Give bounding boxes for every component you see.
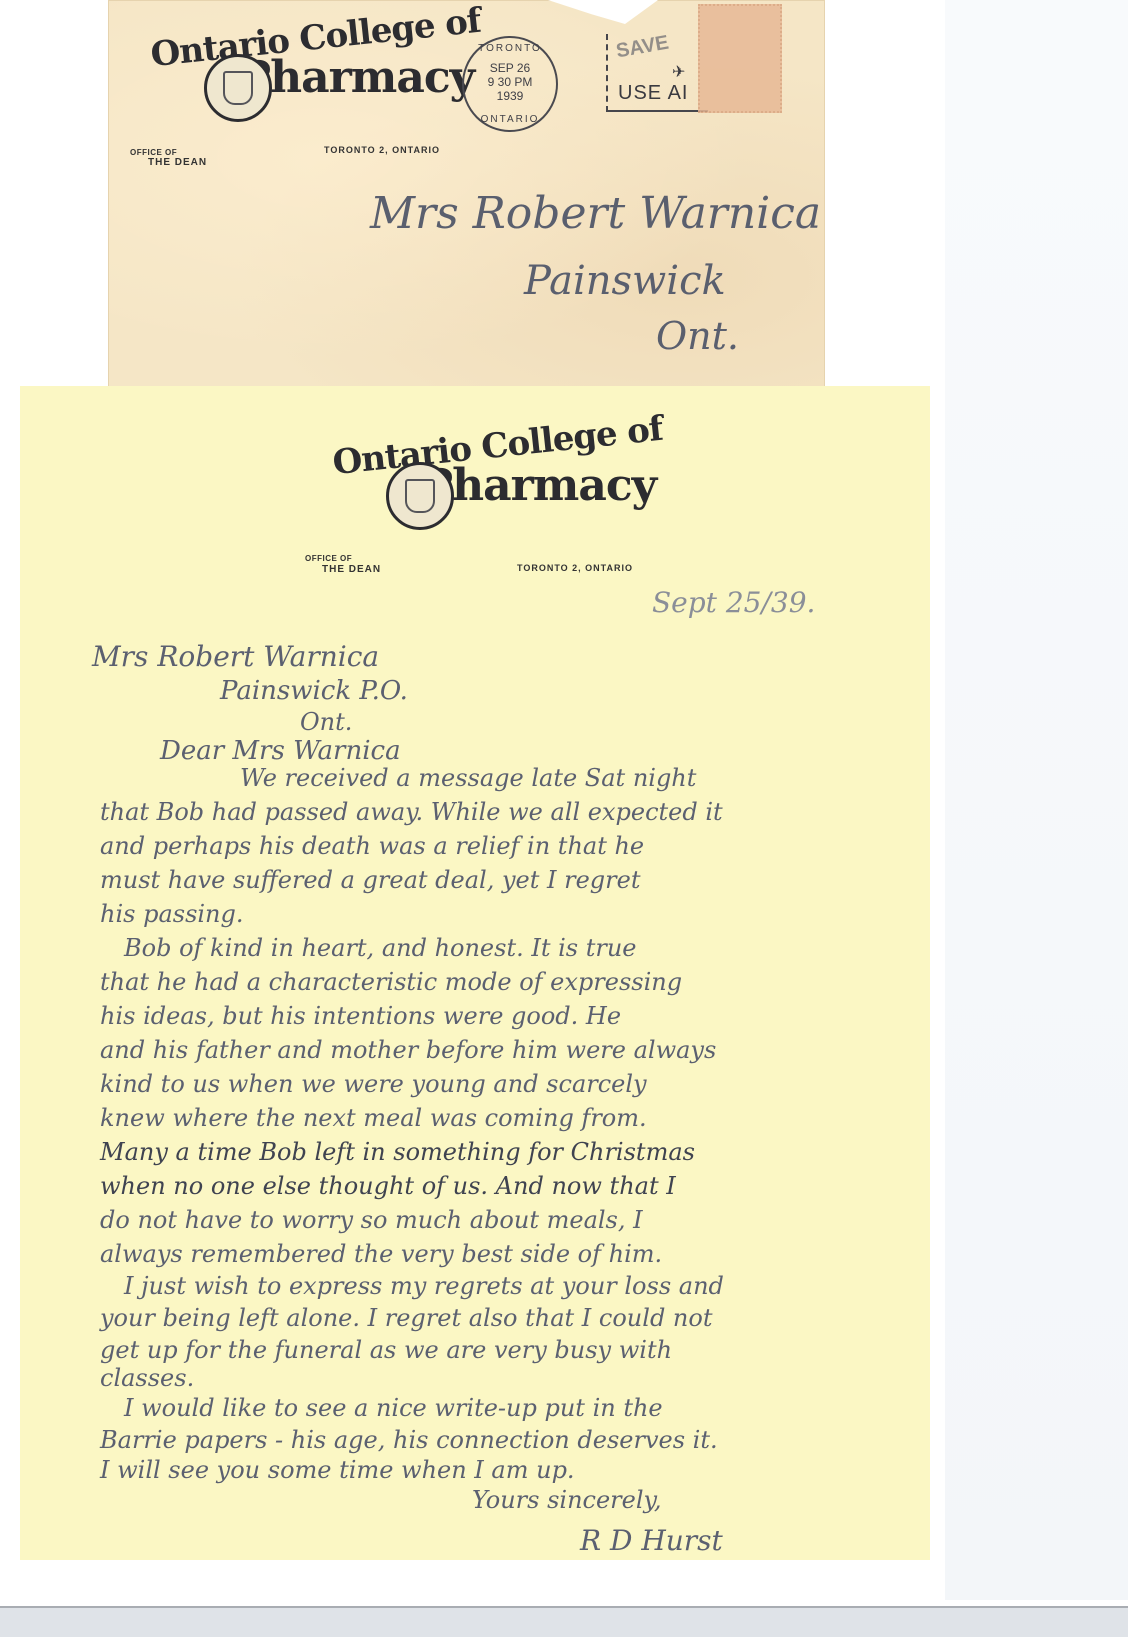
envelope-torn-flap [548,0,658,24]
body-line: Many a time Bob left in something for Ch… [100,1138,695,1166]
postmark-stamp: TORONTO SEP 26 9 30 PM 1939 ONTARIO [462,36,558,132]
body-line: I would like to see a nice write-up put … [124,1394,663,1422]
body-line: I will see you some time when I am up. [100,1456,575,1484]
college-seal-icon [204,54,272,122]
recipient-province: Ont. [300,708,352,736]
closing: Yours sincerely, [472,1486,662,1514]
postmark-city: TORONTO [464,42,556,55]
body-line: Bob of kind in heart, and honest. It is … [124,934,637,962]
body-line: always remembered the very best side of … [100,1240,662,1268]
postage-stamp-faded [698,4,782,113]
postmark-date: SEP 26 [464,62,556,75]
scanner-bottom-edge [0,1606,1128,1637]
recipient-town: Painswick P.O. [220,676,408,706]
letter-letterhead-logo: Ontario College of Pharmacy [332,426,663,511]
body-line: do not have to worry so much about meals… [100,1206,643,1234]
recipient-name: Mrs Robert Warnica [92,640,379,673]
the-dean-label: THE DEAN [148,157,207,168]
body-line: his passing. [100,900,244,928]
body-line: and perhaps his death was a relief in th… [100,832,644,860]
body-line: when no one else thought of us. And now … [100,1172,676,1200]
postmark-time: 9 30 PM [464,76,556,89]
envelope: Ontario College of Pharmacy OFFICE OF TH… [108,0,825,396]
letterhead-city: TORONTO 2, ONTARIO [517,563,633,573]
the-dean-label: THE DEAN [322,564,381,575]
body-line: your being left alone. I regret also tha… [100,1304,712,1332]
college-seal-icon [386,462,454,530]
letter-date: Sept 25/39. [652,586,815,619]
postmark-year: 1939 [464,90,556,103]
body-line: We received a message late Sat night [240,764,696,792]
body-line: Barrie papers - his age, his connection … [100,1426,718,1454]
body-line: knew where the next meal was coming from… [100,1104,647,1132]
slogan-cancellation: SAVE ✈ USE AI [606,34,708,112]
salutation: Dear Mrs Warnica [160,736,401,766]
postmark-province: ONTARIO [464,113,556,126]
body-line: get up for the funeral as we are very bu… [100,1336,672,1364]
slogan-use-text: USE AI [618,82,688,105]
body-line: classes. [100,1364,194,1392]
office-of-label: OFFICE OF [305,554,352,563]
body-line: kind to us when we were young and scarce… [100,1070,647,1098]
envelope-letterhead-logo: Ontario College of Pharmacy [150,18,481,103]
scanner-bed-background [945,0,1128,1600]
body-line: and his father and mother before him wer… [100,1036,716,1064]
body-line: that Bob had passed away. While we all e… [100,798,723,826]
body-line: that he had a characteristic mode of exp… [100,968,682,996]
body-line: must have suffered a great deal, yet I r… [100,866,640,894]
envelope-address-name: Mrs Robert Warnica [370,188,821,239]
signature: R D Hurst [580,1524,723,1557]
slogan-save-text: SAVE [614,32,670,64]
envelope-address-town: Painswick [524,258,726,304]
office-of-label: OFFICE OF [130,148,177,157]
airplane-icon: ✈ [672,62,685,82]
body-line: his ideas, but his intentions were good.… [100,1002,621,1030]
letter-sheet: Ontario College of Pharmacy OFFICE OF TH… [20,386,930,1560]
body-line: I just wish to express my regrets at you… [124,1272,724,1300]
letterhead-city: TORONTO 2, ONTARIO [324,145,440,155]
envelope-address-province: Ont. [656,314,739,358]
